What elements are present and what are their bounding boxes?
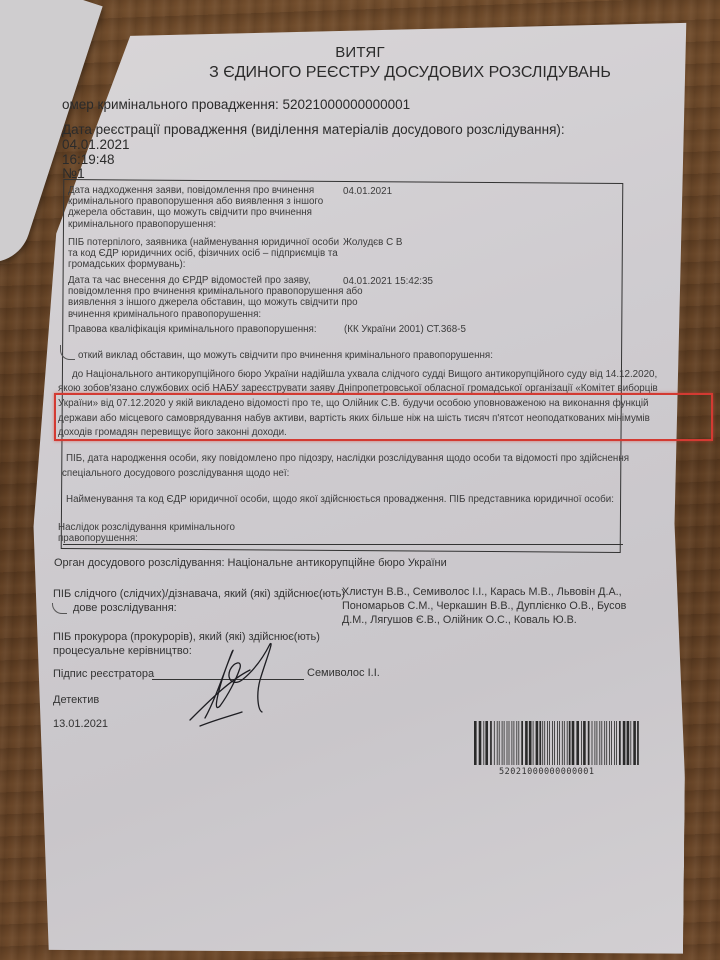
- row-value-applicant: Жолудєв С В: [343, 237, 402, 248]
- label-line: ПІБ слідчого (слідчих)/дізнавача, який (…: [53, 587, 345, 601]
- issue-date: 13.01.2021: [53, 718, 108, 730]
- table-bottom-border: [63, 544, 623, 545]
- investigator-line: Хлистун В.В., Семиволос І.І., Карась М.В…: [342, 585, 626, 599]
- row-label-legal-qualification: Правова кваліфікація кримінального право…: [68, 324, 317, 335]
- row-value-entry-datetime: 04.01.2021 15:42:35: [343, 276, 433, 287]
- summary-line: до Національного антикорупційного бюро У…: [72, 369, 657, 380]
- barcode-bars: [472, 721, 640, 765]
- investigators-list: Хлистун В.В., Семиволос І.І., Карась М.В…: [342, 585, 626, 627]
- row-value-received-date: 04.01.2021: [343, 186, 392, 197]
- label-line: виявлення з іншого джерела обставин, що …: [68, 297, 363, 308]
- extract-document: ВИТЯГ З ЄДИНОГО РЕЄСТРУ ДОСУДОВИХ РОЗСЛІ…: [0, 0, 720, 960]
- red-highlight-box: [54, 393, 713, 441]
- registrar-name: Семиволос І.І.: [307, 667, 380, 679]
- label-line: Дата та час внесення до ЄРДР відомостей …: [68, 275, 363, 286]
- label-line: Правова кваліфікація кримінального право…: [68, 324, 317, 335]
- row-label-applicant: ПІБ потерпілого, заявника (найменування …: [68, 237, 339, 271]
- row-label-received-date: Дата надходження заяви, повідомлення про…: [68, 185, 323, 230]
- label-line: ПІБ потерпілого, заявника (найменування …: [68, 237, 339, 248]
- barcode-number: 52021000000000001: [499, 767, 595, 777]
- outcome-line: правопорушення:: [58, 533, 138, 544]
- investigation-authority: Орган досудового розслідування: Націонал…: [54, 557, 447, 569]
- barcode: [472, 721, 640, 765]
- registration-date-line: Дата реєстрації провадження (виділення м…: [62, 122, 622, 152]
- label-line: кримінального правопорушення:: [68, 219, 323, 230]
- investigator-line: Д.М., Лягушов Є.В., Олійник О.С., Коваль…: [342, 613, 626, 627]
- label-line: та код ЄДР юридичних осіб, фізичних осіб…: [68, 248, 339, 259]
- label-line: джерела обставин, що можуть свідчити про…: [68, 207, 323, 218]
- document-title: ВИТЯГ: [0, 44, 720, 61]
- investigator-line: Пономарьов С.М., Черкашин В.В., Дуплієнк…: [342, 599, 626, 613]
- row-value-legal-qualification: (КК України 2001) СТ.368-5: [344, 324, 466, 335]
- label-line: громадських формувань):: [68, 259, 339, 270]
- outcome-line: Наслідок розслідування кримінального: [58, 522, 235, 533]
- suspect-info-line: спеціального досудового розслідування що…: [62, 468, 289, 479]
- suspect-info-line: ПІБ, дата народження особи, яку повідомл…: [66, 453, 629, 464]
- handwritten-signature: [170, 640, 290, 730]
- registration-date: Дата реєстрації провадження (виділення м…: [62, 122, 622, 167]
- legal-entity-line: Найменування та код ЄДР юридичної особи,…: [66, 494, 614, 505]
- row-label-entry-datetime: Дата та час внесення до ЄРДР відомостей …: [68, 275, 363, 320]
- registration-time-line: 16:19:48: [62, 152, 622, 167]
- summary-heading: откий виклад обставин, що можуть свідчит…: [78, 350, 493, 361]
- label-line: вчинення кримінального правопорушення:: [68, 309, 363, 320]
- case-number: омер кримінального провадження: 52021000…: [62, 97, 410, 112]
- document-subtitle: З ЄДИНОГО РЕЄСТРУ ДОСУДОВИХ РОЗСЛІДУВАНЬ: [150, 64, 670, 82]
- investigators-label: ПІБ слідчого (слідчих)/дізнавача, який (…: [53, 587, 345, 615]
- label-line: дове розслідування:: [53, 601, 345, 615]
- label-line: кримінального правопорушення або виявлен…: [68, 196, 323, 207]
- position-title: Детектив: [53, 694, 99, 706]
- registrar-signature-label: Підпис реєстратора: [53, 668, 154, 680]
- label-line: повідомлення про вчинення кримінального …: [68, 286, 363, 297]
- label-line: Дата надходження заяви, повідомлення про…: [68, 185, 323, 196]
